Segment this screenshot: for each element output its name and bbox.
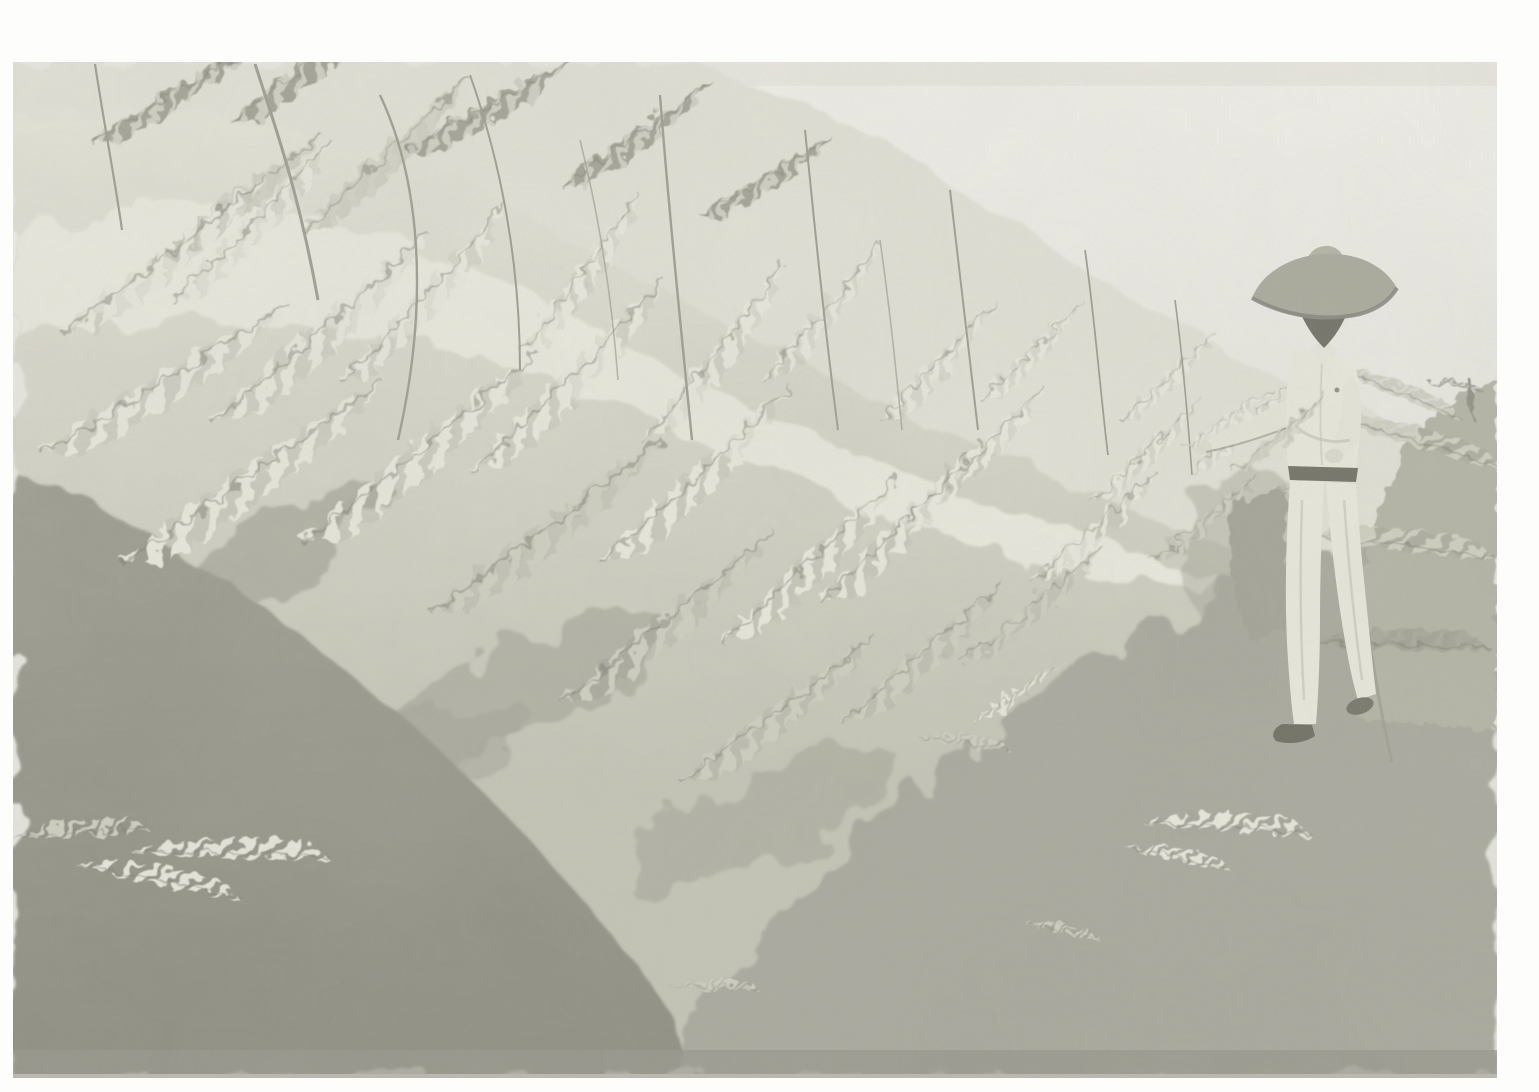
page: pale hazy sky diagonal row of feathery y… (0, 0, 1539, 1092)
photograph: pale hazy sky diagonal row of feathery y… (0, 0, 1539, 1092)
halftone-grain: halftone print grain (13, 62, 1497, 1078)
photo-frame: pale hazy sky diagonal row of feathery y… (0, 0, 1539, 1092)
